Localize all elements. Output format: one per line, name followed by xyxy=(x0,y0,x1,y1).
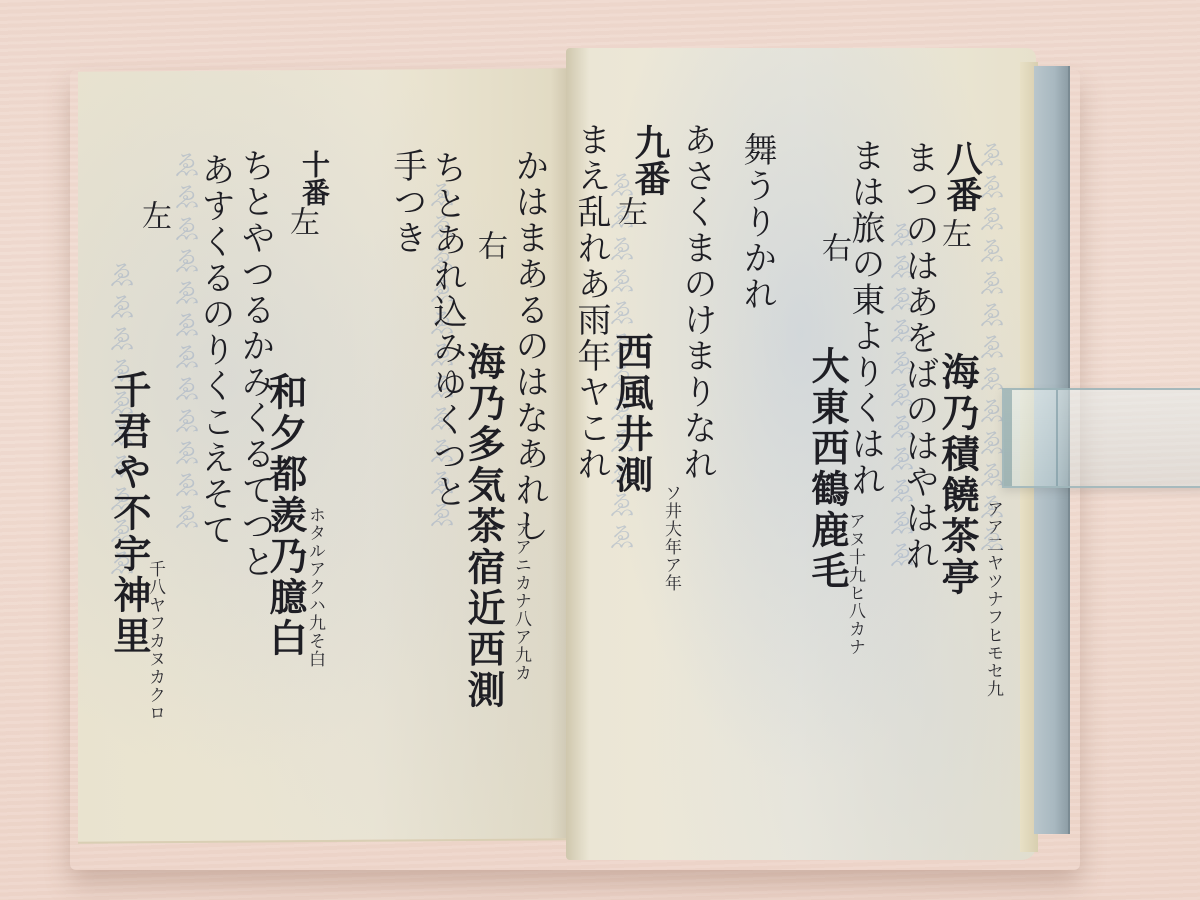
annotation-note: ホタルアクハ九そ白 xyxy=(306,506,323,668)
glass-paperweight xyxy=(1002,388,1200,488)
annotation-note: アア二ヤツナフヒモセ九 xyxy=(984,500,1001,698)
author-name: 大東西鶴鹿毛 xyxy=(808,346,846,592)
round-9-side: 左 xyxy=(614,196,644,226)
author-name: 海乃多気茶宿近西測 xyxy=(464,342,502,711)
glass-edge xyxy=(1056,390,1058,486)
verse-line: まは旅の東よりくはれ xyxy=(848,138,882,498)
annotation-note: 千八ヤフカヌカクロ xyxy=(146,560,163,722)
round-9-heading: 九番 xyxy=(632,124,668,196)
round-8-heading: 八番 xyxy=(944,140,980,212)
manuscript-photo: ゑゑゑゑゑゑゑゑゑゑゑゑゑ ゑゑゑゑゑゑゑゑゑゑゑ ゑゑゑゑゑゑゑゑゑゑゑゑ ゑ… xyxy=(0,0,1200,900)
verse-line: あさくまのけまりなれ xyxy=(680,122,714,482)
verse-line: かはまあるのはなあれし xyxy=(512,148,546,544)
side-marker: 右 xyxy=(474,230,504,260)
round-10-side: 左 xyxy=(286,206,316,236)
side-marker: 左 xyxy=(138,200,168,230)
verse-line: あすくるのりくこえそて xyxy=(198,152,232,548)
round-8-side: 左 xyxy=(938,218,968,248)
verse-line: ちとあれ込みゆくつと xyxy=(430,150,464,510)
annotation-note: アアニカナ八ア九カ xyxy=(512,520,529,682)
verse-line: ちとやつるかみくるてつと xyxy=(238,148,272,580)
author-name: 千君や不宇神里 xyxy=(110,370,148,657)
author-name: 海乃積饒茶亭 xyxy=(938,352,976,598)
verse-line: まえ乱れあ雨年ヤこれ xyxy=(574,122,608,482)
side-marker: 右 xyxy=(818,232,848,262)
author-name: 西風井測 xyxy=(612,332,650,496)
verse-line: まつのはあをばのはやはれ xyxy=(902,140,936,572)
annotation-note: アヌ十九ヒ八カナ xyxy=(846,512,863,656)
annotation-note: ソ井大年ア年 xyxy=(662,484,679,592)
round-10-heading: 十番 xyxy=(300,150,328,206)
verse-line: 舞うりかれ xyxy=(740,132,774,812)
verse-line: 手つき xyxy=(390,148,424,256)
